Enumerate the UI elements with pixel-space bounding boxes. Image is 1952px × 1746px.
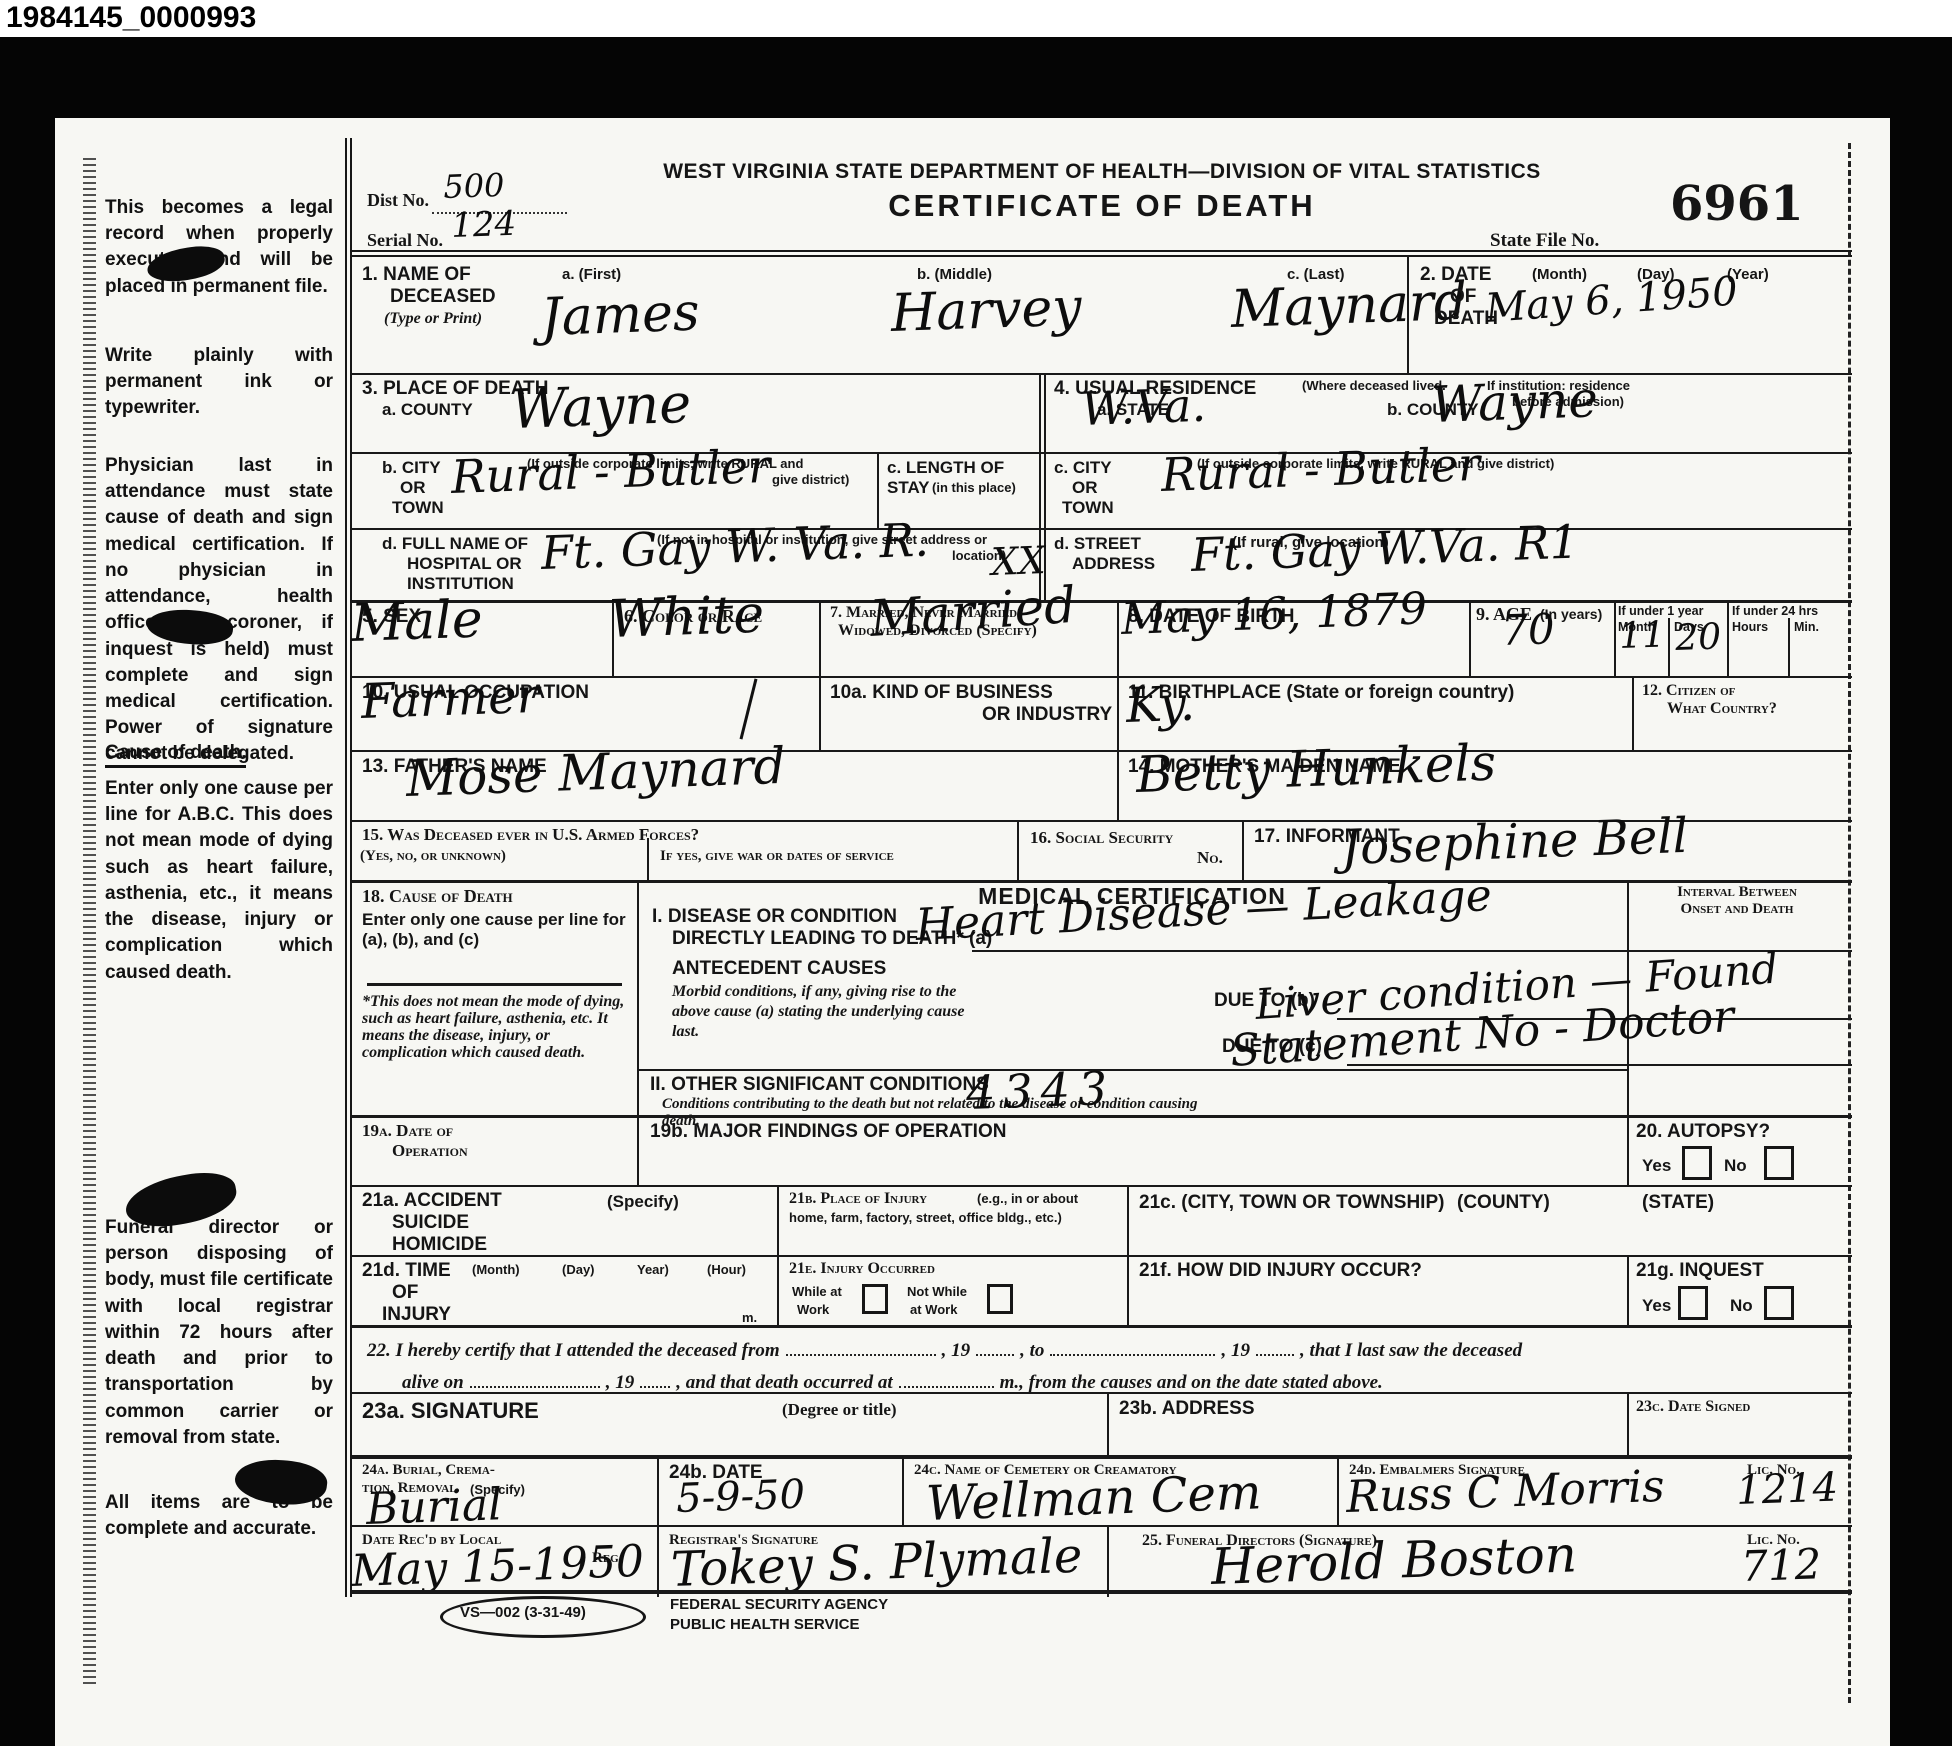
blank-line [976, 1336, 1014, 1356]
divider [657, 1525, 659, 1597]
stray-pen-stroke [740, 679, 758, 740]
county-label: a. COUNTY [382, 400, 473, 420]
handwritten-occupation: Farmer [360, 668, 540, 730]
place-of-injury-hint: home, farm, factory, street, office bldg… [789, 1210, 1062, 1225]
state-file-label: State File No. [1490, 230, 1599, 252]
handwritten-embalmer: Russ C Morris [1345, 1461, 1665, 1523]
not-while-at-work-checkbox [987, 1284, 1013, 1314]
divider [777, 1185, 779, 1255]
divider [367, 983, 622, 986]
time-of-injury-label: 21d. TIME [362, 1260, 451, 1282]
divider [637, 880, 639, 1115]
antecedent-causes-label: ANTECEDENT CAUSES [672, 958, 886, 980]
instruction-paragraph: Funeral director or person disposing of … [105, 1215, 333, 1451]
injury-state-label: (STATE) [1642, 1192, 1714, 1214]
divider [1627, 1115, 1629, 1185]
divider [1117, 676, 1119, 750]
handwritten-embalmer-lic: 1214 [1735, 1464, 1838, 1514]
handwritten-mother-name: Betty Hunkels [1135, 733, 1497, 804]
department-title: WEST VIRGINIA STATE DEPARTMENT OF HEALTH… [352, 160, 1852, 184]
city-hint: give district) [772, 472, 849, 487]
cause-of-death-heading-text: Cause of death. [105, 742, 246, 768]
text-fragment: , and that death occurred at [676, 1372, 892, 1393]
inquest-yes-checkbox [1678, 1286, 1708, 1320]
divider [1242, 820, 1244, 880]
disease-condition-label: I. DISEASE OR CONDITION [652, 906, 897, 928]
cause-of-death-heading: Cause of death. [105, 740, 333, 766]
injury-day-label: (Day) [562, 1262, 595, 1277]
handwritten-date-received: May 15-1950 [350, 1536, 645, 1597]
divider [1407, 255, 1409, 373]
date-of-operation-label: 19a. Date of [362, 1121, 453, 1141]
divider [352, 1325, 1852, 1328]
text-fragment: 22. I hereby certify that I attended the… [367, 1340, 780, 1361]
text-fragment: , to [1020, 1340, 1044, 1361]
agency-name: FEDERAL SECURITY AGENCY [670, 1596, 888, 1613]
divider [352, 1525, 1852, 1527]
scan-id: 1984145_0000993 [6, 1, 256, 35]
divider [1614, 600, 1616, 676]
certificate-paper: This becomes a legal record when properl… [55, 118, 1890, 1746]
scan-id-strip: 1984145_0000993 [0, 0, 1952, 37]
city-label: TOWN [392, 498, 444, 518]
inquest-no-label: No [1730, 1296, 1753, 1316]
handwritten-sex: Male [350, 589, 484, 654]
while-at-work-label: While at [792, 1284, 842, 1299]
length-of-stay-hint: (in this place) [932, 480, 1016, 495]
divider [1627, 1392, 1629, 1455]
handwritten-funeral-director-lic: 712 [1740, 1539, 1822, 1591]
text-fragment: m., from the causes and on the date stat… [1000, 1372, 1383, 1393]
street-label: ADDRESS [1072, 554, 1155, 574]
divider [1127, 1255, 1129, 1325]
handwritten-funeral-director: Herold Boston [1210, 1525, 1578, 1596]
divider [1727, 600, 1729, 676]
handwritten-hospital: Ft. Gay W. Va. R. [540, 512, 929, 580]
divider [352, 1590, 1852, 1594]
handwritten-date-of-birth: May 16, 1879 [1120, 583, 1428, 645]
autopsy-yes-checkbox [1682, 1146, 1712, 1180]
divider [819, 676, 821, 750]
divider [352, 676, 1852, 678]
divider [352, 1455, 1852, 1459]
divider [1469, 600, 1471, 676]
text-fragment: , 19 [1221, 1340, 1250, 1361]
handwritten-residence-county: Wayne [1430, 370, 1599, 434]
ssn-label: 16. Social Security [1030, 828, 1173, 848]
blank-line [899, 1368, 994, 1388]
inquest-label: 21g. INQUEST [1636, 1260, 1764, 1282]
injury-month-label: (Month) [472, 1262, 520, 1277]
not-while-at-work-label: at Work [910, 1302, 957, 1317]
handwritten-age-days: 20 [1675, 616, 1722, 659]
divider [1632, 676, 1634, 750]
blank-line [1050, 1336, 1215, 1356]
certify-statement-line2: alive on, 19, and that death occurred at… [402, 1368, 1842, 1394]
divider [352, 600, 1852, 603]
handwritten-xx-mark: XX [990, 538, 1046, 584]
certificate-form: WEST VIRGINIA STATE DEPARTMENT OF HEALTH… [345, 138, 1852, 1597]
divider [1788, 618, 1790, 676]
text-fragment: , that I last saw the deceased [1300, 1340, 1522, 1361]
blank-line [470, 1368, 600, 1388]
ssn-label: No. [1197, 848, 1223, 868]
major-findings-label: 19b. MAJOR FINDINGS OF OPERATION [650, 1121, 1006, 1143]
while-at-work-checkbox [862, 1284, 888, 1314]
divider [1107, 1392, 1109, 1455]
other-conditions-label: II. OTHER SIGNIFICANT CONDITIONS [650, 1074, 989, 1096]
name-label: (Type or Print) [384, 310, 482, 328]
time-of-injury-label: OF [392, 1282, 418, 1304]
cause-of-death-label: 18. Cause of Death [362, 886, 513, 907]
inquest-no-checkbox [1764, 1286, 1794, 1320]
hospital-label: d. FULL NAME OF [382, 534, 528, 554]
scanned-document: 1984145_0000993 This becomes a legal rec… [0, 0, 1952, 1746]
accident-label: SUICIDE [392, 1212, 469, 1234]
autopsy-no-checkbox [1764, 1146, 1794, 1180]
divider [647, 838, 649, 880]
citizen-label: What Country? [1667, 700, 1777, 718]
interval-label: Onset and Death [1632, 901, 1842, 918]
divider [902, 1455, 904, 1525]
divider [1117, 750, 1119, 820]
state-file-value: 6961 [1670, 176, 1804, 232]
autopsy-no-label: No [1724, 1156, 1747, 1176]
residence-city-label: c. CITY [1054, 458, 1112, 478]
injury-year-label: Year) [637, 1262, 669, 1277]
armed-forces-hint: If yes, give war or dates of service [660, 848, 894, 865]
degree-title-hint: (Degree or title) [782, 1400, 897, 1420]
instruction-paragraph: This becomes a legal record when properl… [105, 195, 333, 300]
time-of-injury-label: INJURY [382, 1304, 451, 1326]
decorative-border-strip [83, 158, 96, 1688]
divider [1127, 1185, 1129, 1255]
handwritten-street-address: Ft. Gay W.Va. R1 [1190, 514, 1580, 582]
date-of-death-label: OF [1450, 286, 1476, 308]
handwritten-other-conditions: 4343 [965, 1061, 1116, 1120]
not-while-at-work-label: Not While [907, 1284, 967, 1299]
divider [1107, 1525, 1109, 1597]
form-number: VS—002 (3-31-49) [460, 1604, 586, 1621]
autopsy-label: 20. AUTOPSY? [1636, 1121, 1770, 1143]
handwritten-place-county: Wayne [510, 372, 692, 441]
handwritten-residence-city: Rural - Butler [1160, 437, 1481, 502]
instruction-paragraph: Write plainly with permanent ink or type… [105, 343, 333, 422]
cause-of-death-note: Enter only one cause per line for (a), (… [362, 910, 627, 950]
length-of-stay-label: c. LENGTH OF [887, 458, 1004, 478]
injury-hour-label: (Hour) [707, 1262, 746, 1277]
name-label: 1. NAME OF [362, 264, 471, 286]
burial-label: 24a. Burial, Crema- [362, 1462, 495, 1479]
handwritten-informant: Josephine Bell [1340, 808, 1689, 876]
date-of-death-label: 2. DATE [1420, 264, 1491, 286]
accident-label: 21a. ACCIDENT [362, 1190, 502, 1212]
min-column-label: Min. [1794, 620, 1819, 634]
handwritten-date-of-death: May 6, 1950 [1484, 268, 1739, 332]
business-label: OR INDUSTRY [982, 704, 1112, 726]
autopsy-yes-label: Yes [1642, 1156, 1671, 1176]
injury-city-label: 21c. (CITY, TOWN OR TOWNSHIP) [1139, 1192, 1444, 1214]
handwritten-age: 70 [1500, 604, 1555, 655]
usual-residence-hint: (Where deceased lived. [1302, 378, 1446, 393]
divider [777, 1255, 779, 1325]
handwritten-place-city: Rural - Butler [450, 439, 771, 504]
signature-label: 23a. SIGNATURE [362, 1398, 539, 1424]
handwritten-middle-name: Harvey [890, 277, 1083, 344]
agency-name: PUBLIC HEALTH SERVICE [670, 1616, 859, 1633]
place-of-injury-hint: (e.g., in or about [977, 1191, 1078, 1206]
text-fragment: alive on [402, 1372, 464, 1393]
accident-label: HOMICIDE [392, 1234, 487, 1256]
divider [352, 250, 1852, 257]
divider [1017, 820, 1019, 880]
divider [637, 1115, 639, 1185]
handwritten-first-name: James [540, 283, 701, 348]
handwritten-father-name: Mose Maynard [405, 737, 786, 808]
certificate-title: CERTIFICATE OF DEATH [352, 188, 1852, 224]
street-label: d. STREET [1054, 534, 1141, 554]
city-label: OR [400, 478, 426, 498]
length-of-stay-label: STAY [887, 478, 930, 498]
divider [657, 1455, 659, 1525]
handwritten-race: White [608, 585, 765, 650]
divider [1347, 1064, 1852, 1066]
divider [819, 600, 821, 676]
hours-column-label: Hours [1732, 620, 1768, 634]
accident-specify-hint: (Specify) [607, 1192, 679, 1212]
place-of-injury-label: 21b. Place of Injury [789, 1190, 927, 1208]
handwritten-burial-date: 5-9-50 [675, 1472, 805, 1522]
city-label: b. CITY [382, 458, 441, 478]
injury-county-label: (COUNTY) [1457, 1192, 1550, 1214]
handwritten-residence-state: W.Va. [1080, 378, 1207, 436]
injury-m-label: m. [742, 1310, 757, 1325]
residence-city-label: TOWN [1062, 498, 1114, 518]
text-fragment: , 19 [606, 1372, 635, 1393]
business-label: 10a. KIND OF BUSINESS [830, 682, 1053, 704]
handwritten-marital: Married [868, 576, 1078, 648]
blank-line [1256, 1336, 1294, 1356]
injury-occurred-label: 21e. Injury Occurred [789, 1260, 935, 1278]
serial-no-label: Serial No. [367, 230, 443, 251]
date-of-operation-label: Operation [392, 1141, 468, 1161]
blank-line [640, 1368, 670, 1388]
handwritten-birthplace: Ky. [1125, 676, 1196, 734]
certify-statement-line1: 22. I hereby certify that I attended the… [367, 1336, 1842, 1362]
name-first-label: a. (First) [562, 266, 621, 283]
handwritten-age-months: 11 [1619, 614, 1666, 657]
name-label: DECEASED [390, 286, 496, 308]
under-24-hrs-label: If under 24 hrs [1732, 604, 1818, 618]
address-label: 23b. ADDRESS [1119, 1398, 1255, 1420]
blank-line [786, 1336, 936, 1356]
inquest-yes-label: Yes [1642, 1296, 1671, 1316]
divider [1337, 1455, 1339, 1525]
antecedent-note: Morbid conditions, if any, giving rise t… [672, 982, 972, 1042]
instruction-paragraph: Physician last in attendance must state … [105, 453, 333, 768]
citizen-label: 12. Citizen of [1642, 682, 1735, 700]
divider [1117, 600, 1119, 676]
divider [352, 1185, 1852, 1187]
divider [1627, 1255, 1629, 1325]
residence-city-label: OR [1072, 478, 1098, 498]
instruction-paragraph: Enter only one cause per line for A.B.C.… [105, 776, 333, 986]
how-injury-occur-label: 21f. HOW DID INJURY OCCUR? [1139, 1260, 1422, 1282]
hospital-label: HOSPITAL OR [407, 554, 522, 574]
handwritten-cemetery: Wellman Cem [925, 1464, 1262, 1532]
date-signed-label: 23c. Date Signed [1636, 1398, 1750, 1416]
interval-label: Interval Between [1632, 884, 1842, 901]
text-fragment: , 19 [942, 1340, 971, 1361]
armed-forces-sub: (Yes, no, or unknown) [360, 848, 506, 865]
cause-of-death-note: *This does not mean the mode of dying, s… [362, 993, 630, 1061]
divider [1668, 618, 1670, 676]
while-at-work-label: Work [797, 1302, 829, 1317]
divider [637, 1069, 1627, 1071]
